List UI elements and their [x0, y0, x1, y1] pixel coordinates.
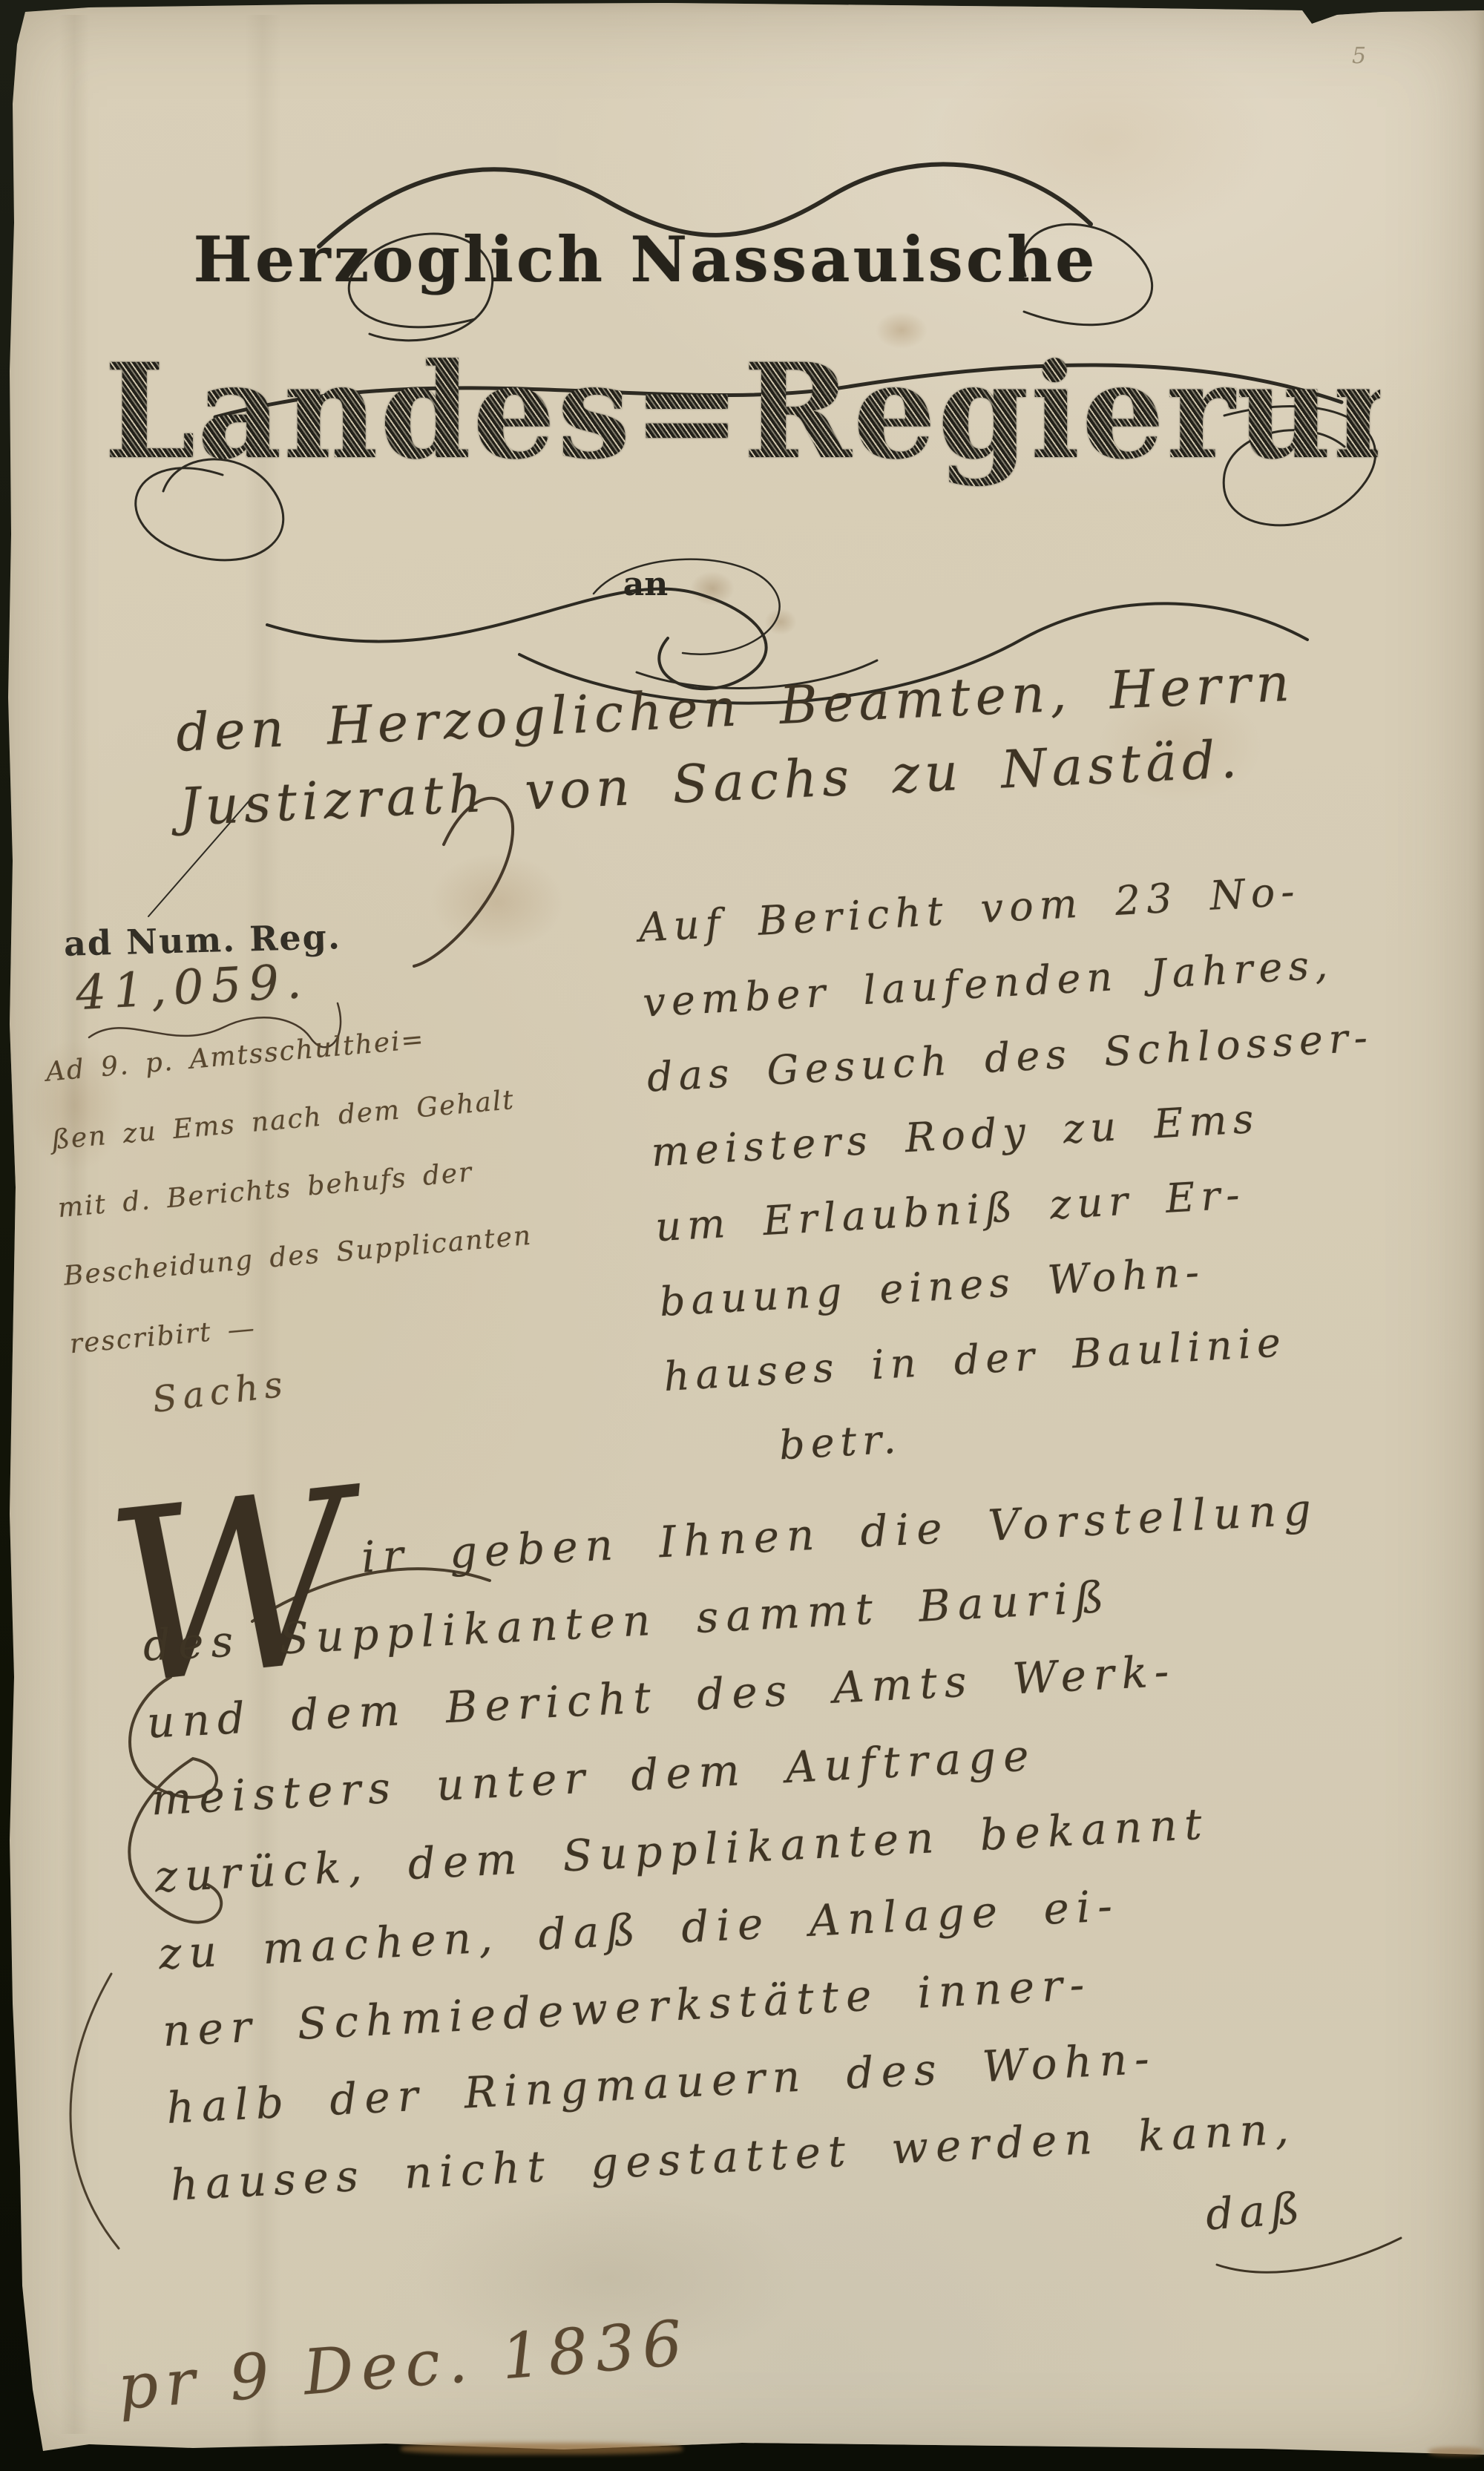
pencil-mark: 5 — [1352, 43, 1366, 69]
table-glint — [1428, 2447, 1484, 2456]
catchword: daß — [1204, 2182, 1307, 2239]
table-glint — [401, 2443, 683, 2455]
subject-block: Auf Bericht vom 23 No- vember laufenden … — [637, 843, 1484, 1489]
letterhead-line1: Herzoglich Nassauische — [185, 223, 1106, 296]
margin-note: Ad 9. p. Amtsschulthei= ßen zu Ems nach … — [43, 997, 546, 1379]
body-paragraph: ir geben Ihnen die Vorstellung des Suppl… — [137, 1463, 1484, 2224]
photographed-document: Herzoglich Nassauische Landes=Regierung … — [0, 0, 1484, 2471]
letterhead-line2: Landes=Regierung — [104, 330, 1380, 493]
letterhead-salutation: an — [185, 565, 1106, 603]
